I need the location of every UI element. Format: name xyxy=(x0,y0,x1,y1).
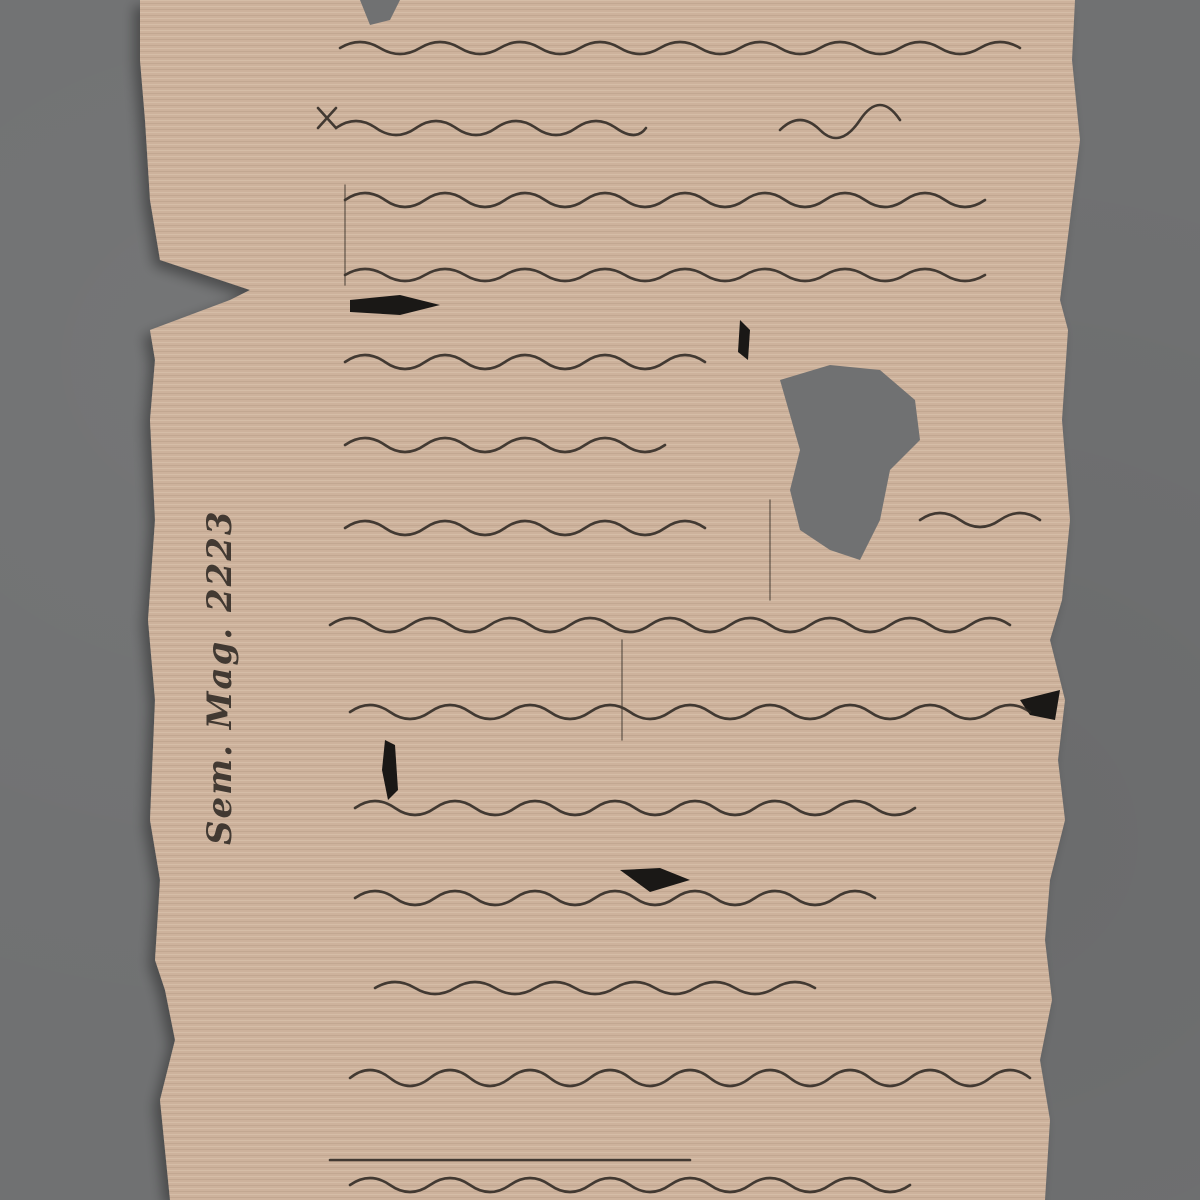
inventory-label: Sem. Mag. 2223 xyxy=(200,509,240,845)
papyrus-fragment xyxy=(0,0,1200,1200)
papyrus-shape xyxy=(0,0,1200,1200)
